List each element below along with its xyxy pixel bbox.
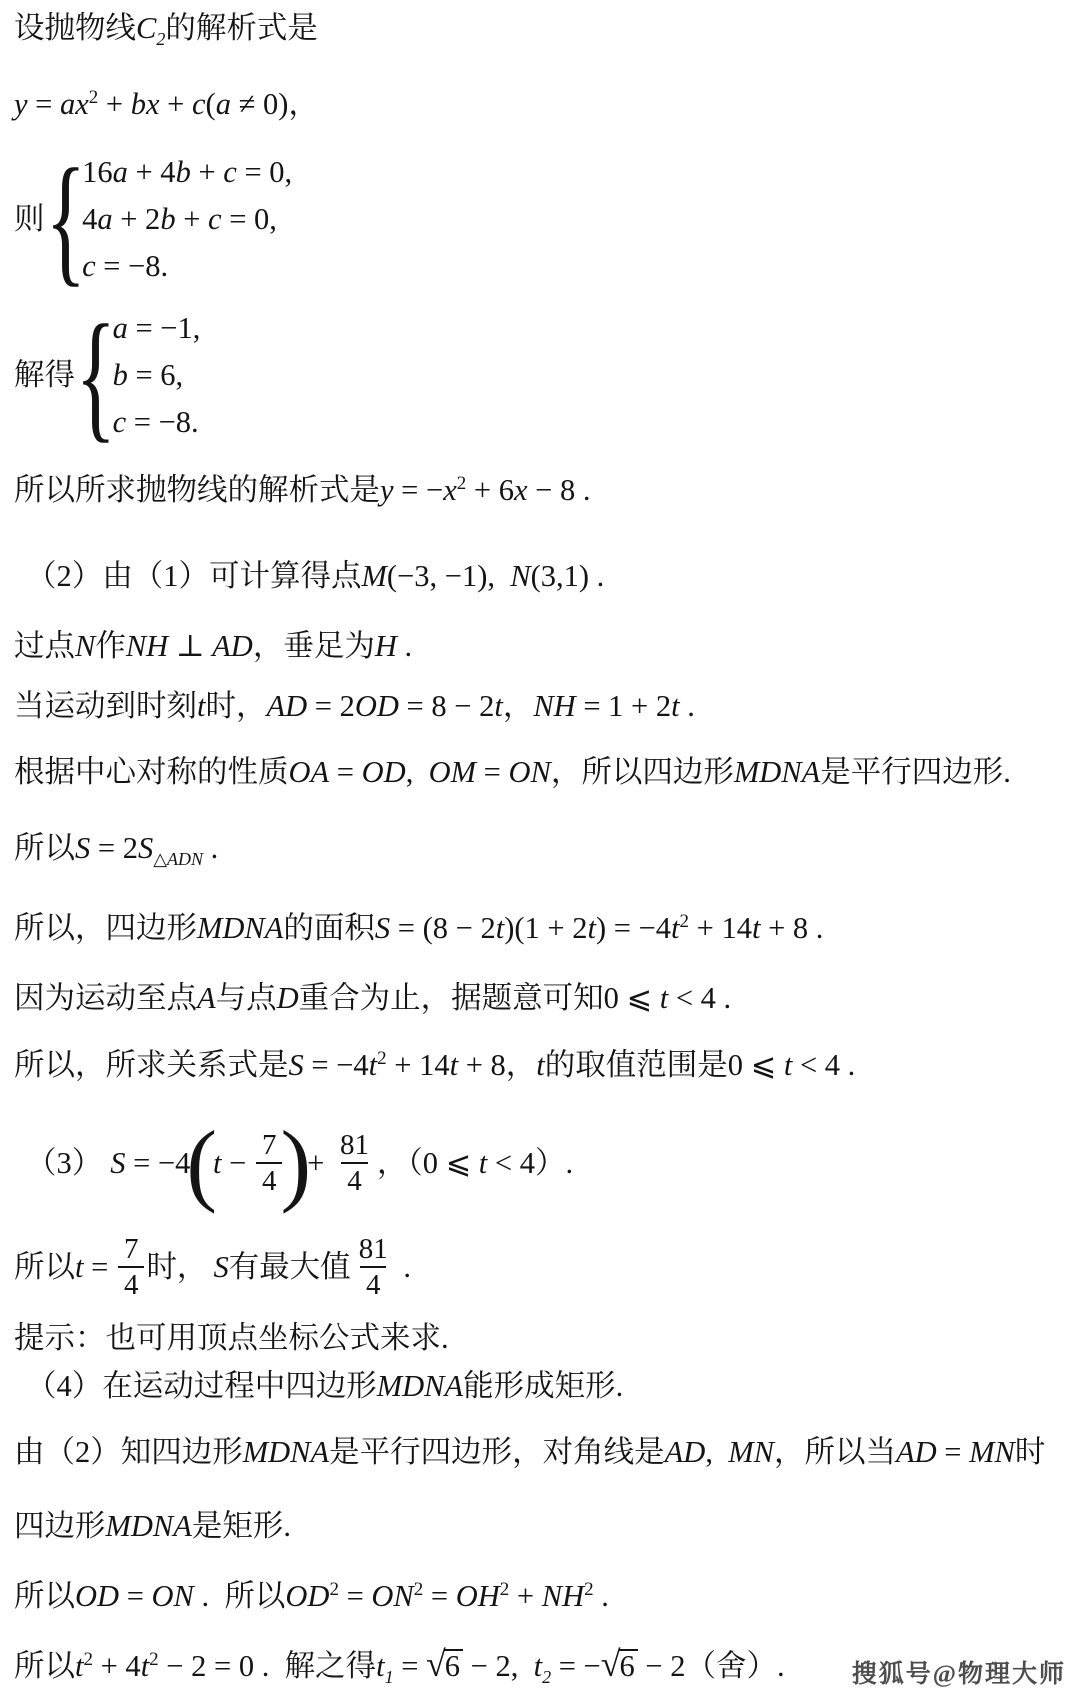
math-variable: NH xyxy=(542,1579,584,1613)
superscript: 2 xyxy=(329,1579,339,1600)
math-text: = −4 xyxy=(126,1145,191,1181)
line-part4-reason: 由（2）知四边形MDNA是平行四边形，对角线是AD, MN，所以当AD = MN… xyxy=(14,1434,1074,1470)
math-text: = xyxy=(329,755,361,789)
chinese-text: 根据中心对称的性质 xyxy=(14,755,289,789)
math-text: = − xyxy=(394,473,444,507)
fraction-denominator: 4 xyxy=(360,1266,387,1301)
chinese-text: 时， xyxy=(205,689,266,723)
math-text: + xyxy=(191,155,223,189)
math-text: . xyxy=(396,1249,411,1285)
math-text: + 4 xyxy=(93,1649,141,1683)
solution-lines: 设抛物线C2的解析式是y = ax2 + bx + c(a ≠ 0)，则{16a… xyxy=(14,10,1074,1684)
math-variable: AD xyxy=(665,1435,706,1469)
math-text: 0 ⩽ xyxy=(423,1145,479,1181)
math-variable: OD xyxy=(285,1579,329,1613)
chinese-text: 因为运动至点 xyxy=(14,981,197,1015)
line-general-equation: y = ax2 + bx + c(a ≠ 0)， xyxy=(14,86,1074,122)
math-text: < 4 . xyxy=(668,981,731,1015)
math-text: = −8. xyxy=(96,249,169,283)
chinese-text: （舍）. xyxy=(685,1649,784,1683)
chinese-text: ， xyxy=(506,1048,537,1082)
chinese-text: 重合为止，据题意可知 xyxy=(299,981,604,1015)
math-variable: bx xyxy=(131,87,160,121)
superscript: 2 xyxy=(149,1649,159,1670)
math-variable: N xyxy=(510,559,530,593)
chinese-text: ）. xyxy=(535,1145,573,1181)
math-text: + 14 xyxy=(387,1048,450,1082)
line-part3-vertex-form: （3）S = −4(t − 74)+ 814，（0 ⩽ t < 4）. xyxy=(14,1123,1074,1203)
math-text: ( xyxy=(206,87,216,121)
math-text: 0 ⩽ xyxy=(728,1048,784,1082)
chinese-text: 所以 xyxy=(14,1579,75,1613)
system-equation: c = −8. xyxy=(113,402,199,442)
math-variable: y xyxy=(380,473,394,507)
math-variable: t xyxy=(369,1048,377,1082)
superscript: 2 xyxy=(83,1649,93,1670)
radicand: 6 xyxy=(444,1649,463,1681)
subscript: 2 xyxy=(156,29,165,49)
math-variable: t xyxy=(213,1145,221,1181)
math-text: + 8 . xyxy=(760,911,823,945)
line-relation-result: 所以，所求关系式是S = −4t2 + 14t + 8，t的取值范围是0 ⩽ t… xyxy=(14,1047,1074,1083)
math-variable: S xyxy=(75,831,90,865)
chinese-text: 过点 xyxy=(14,629,75,663)
chinese-text: 所以，所求关系式是 xyxy=(14,1048,289,1082)
chinese-text: 是平行四边形. xyxy=(820,755,1011,789)
math-variable: t xyxy=(671,689,679,723)
chinese-text: 四边形 xyxy=(14,1509,106,1543)
line-od-on: 所以OD = ON . 所以OD2 = ON2 = OH2 + NH2 . xyxy=(14,1578,1074,1614)
math-text: (3,1) . xyxy=(531,559,605,593)
equation-system: {a = −1,b = 6,c = −8. xyxy=(75,308,200,442)
math-text: + xyxy=(307,1145,332,1181)
math-text: = 0, xyxy=(237,155,292,189)
math-text: = −1, xyxy=(128,311,201,345)
math-text: = xyxy=(339,1579,371,1613)
math-text: ) = −4 xyxy=(596,911,671,945)
math-text: = 6, xyxy=(128,358,183,392)
chinese-text: 时 xyxy=(1015,1435,1046,1469)
system-label: 则 xyxy=(14,201,45,237)
math-variable: t xyxy=(671,911,679,945)
line-time-t: 当运动到时刻t时，AD = 2OD = 8 − 2t，NH = 1 + 2t . xyxy=(14,688,1074,724)
math-variable: a xyxy=(97,202,112,236)
math-variable: MDNA xyxy=(243,1435,329,1469)
math-text: = xyxy=(83,1249,115,1285)
math-text: = 0, xyxy=(222,202,277,236)
chinese-text: 的解析式是 xyxy=(165,11,318,45)
math-variable: OH xyxy=(456,1579,500,1613)
chinese-text: 是矩形. xyxy=(192,1509,291,1543)
fraction-denominator: 4 xyxy=(118,1266,145,1301)
math-variable: OA xyxy=(289,755,330,789)
math-variable: D xyxy=(277,981,299,1015)
math-text: = 8 − 2 xyxy=(399,689,494,723)
superscript: 2 xyxy=(89,87,99,108)
left-brace: { xyxy=(45,172,86,266)
math-variable: MDNA xyxy=(377,1369,463,1403)
math-text: = xyxy=(28,87,60,121)
math-variable: t xyxy=(534,1649,542,1683)
math-variable: t xyxy=(496,911,504,945)
math-variable: C xyxy=(136,11,156,45)
math-variable: OD xyxy=(75,1579,119,1613)
math-variable: AD xyxy=(212,629,253,663)
math-variable: t xyxy=(587,911,595,945)
chinese-text: 所以 xyxy=(14,1249,75,1285)
square-root: √6 xyxy=(601,1648,638,1681)
math-text: . xyxy=(397,629,412,663)
line-rectangle-conclusion: 四边形MDNA是矩形. xyxy=(14,1508,1074,1544)
math-text: = − xyxy=(551,1649,601,1683)
left-brace: { xyxy=(75,328,116,422)
math-text: = xyxy=(394,1649,426,1683)
fraction: 814 xyxy=(353,1233,394,1302)
math-variable: NH xyxy=(126,629,168,663)
math-text: = 1 + 2 xyxy=(576,689,671,723)
superscript: 2 xyxy=(500,1579,510,1600)
math-variable: M xyxy=(362,559,387,593)
fraction-numerator: 81 xyxy=(353,1233,394,1266)
chinese-text: ， xyxy=(288,87,319,121)
line-part4-rectangle: （4）在运动过程中四边形MDNA能形成矩形. xyxy=(14,1368,1074,1404)
chinese-text: ， xyxy=(503,689,534,723)
math-text: − xyxy=(222,1145,254,1181)
math-text: − 2 xyxy=(638,1649,686,1683)
math-text: 0 ⩽ xyxy=(604,981,660,1015)
math-variable: t xyxy=(660,981,668,1015)
math-variable: S xyxy=(138,831,153,865)
superscript: 2 xyxy=(584,1579,594,1600)
math-text: + 2 xyxy=(113,202,161,236)
math-variable: t xyxy=(75,1249,83,1285)
math-variable: AD xyxy=(896,1435,937,1469)
square-root: √6 xyxy=(426,1648,463,1681)
math-text: . xyxy=(594,1579,609,1613)
math-text: = (8 − 2 xyxy=(390,911,496,945)
math-text: + 6 xyxy=(466,473,514,507)
math-variable: c xyxy=(223,155,237,189)
superscript: 2 xyxy=(377,1048,387,1069)
math-variable: c xyxy=(208,202,222,236)
line-equation-system: 则{16a + 4b + c = 0,4a + 2b + c = 0,c = −… xyxy=(14,152,1074,286)
chinese-text: 所以 xyxy=(14,831,75,865)
system-equation: b = 6, xyxy=(113,355,184,395)
math-variable: MN xyxy=(969,1435,1015,1469)
fraction-denominator: 4 xyxy=(341,1162,368,1197)
chinese-text: 与点 xyxy=(216,981,277,1015)
math-variable: y xyxy=(14,87,28,121)
math-variable: t xyxy=(536,1048,544,1082)
math-variable: S xyxy=(110,1145,125,1181)
math-variable: b xyxy=(176,155,191,189)
superscript: 2 xyxy=(680,911,690,932)
math-text: + xyxy=(176,202,208,236)
math-text: . xyxy=(194,1579,225,1613)
chinese-text: ，（ xyxy=(377,1145,423,1181)
chinese-text: 设抛物线 xyxy=(14,11,136,45)
chinese-text: 所以 xyxy=(224,1579,285,1613)
subscript: 2 xyxy=(542,1667,551,1687)
chinese-text: 的面积 xyxy=(283,911,375,945)
system-rows: a = −1,b = 6,c = −8. xyxy=(113,308,201,442)
math-variable: S xyxy=(289,1048,304,1082)
superscript: 2 xyxy=(457,473,467,494)
math-text: < 4 . xyxy=(792,1048,855,1082)
math-text: 16 xyxy=(82,155,113,189)
math-text: − 2, xyxy=(463,1649,534,1683)
fraction: 74 xyxy=(256,1129,283,1198)
chinese-text: （3） xyxy=(26,1145,102,1181)
line-max-value: 所以t = 74时，S有最大值814 . xyxy=(14,1228,1074,1306)
math-variable: H xyxy=(375,629,397,663)
line-area-formula: 所以，四边形MDNA的面积S = (8 − 2t)(1 + 2t) = −4t2… xyxy=(14,910,1074,946)
math-variable: MDNA xyxy=(106,1509,192,1543)
equation-system: {16a + 4b + c = 0,4a + 2b + c = 0,c = −8… xyxy=(45,152,293,286)
line-hint: 提示：也可用顶点坐标公式来求. xyxy=(14,1320,1074,1356)
math-variable: OD xyxy=(362,755,406,789)
math-solution-document: 设抛物线C2的解析式是y = ax2 + bx + c(a ≠ 0)，则{16a… xyxy=(0,0,1080,1696)
line-area-double: 所以S = 2S△ADN . xyxy=(14,830,1074,866)
system-equation: a = −1, xyxy=(113,308,201,348)
math-variable: MDNA xyxy=(197,911,283,945)
chinese-text: 所以，四边形 xyxy=(14,911,197,945)
math-text: )(1 + 2 xyxy=(504,911,587,945)
system-equation: 16a + 4b + c = 0, xyxy=(82,152,292,192)
math-variable: MDNA xyxy=(734,755,820,789)
line-perpendicular: 过点N作NH ⊥ AD，垂足为H . xyxy=(14,628,1074,664)
math-text: ⊥ xyxy=(168,629,212,663)
system-label: 解得 xyxy=(14,357,75,393)
math-variable: x xyxy=(443,473,457,507)
math-variable: b xyxy=(160,202,175,236)
math-text: , xyxy=(705,1435,728,1469)
math-text: (−3, −1), xyxy=(387,559,510,593)
math-variable: AD xyxy=(266,689,307,723)
chinese-text: （2）由（1）可计算得点 xyxy=(26,559,362,593)
fraction-numerator: 7 xyxy=(256,1129,283,1162)
radicand: 6 xyxy=(619,1649,638,1681)
math-variable: N xyxy=(75,629,95,663)
math-text: = xyxy=(423,1579,455,1613)
math-text: = xyxy=(937,1435,969,1469)
math-variable: ON xyxy=(152,1579,194,1613)
math-text: − 2 = 0 . xyxy=(159,1649,285,1683)
chinese-text: 的取值范围是 xyxy=(545,1048,728,1082)
math-variable: ON xyxy=(371,1579,413,1613)
math-text: + 8 xyxy=(458,1048,506,1082)
math-text: + xyxy=(98,87,130,121)
line-central-symmetry: 根据中心对称的性质OA = OD, OM = ON，所以四边形MDNA是平行四边… xyxy=(14,754,1074,790)
fraction-numerator: 81 xyxy=(334,1129,375,1162)
line-part2-points: （2）由（1）可计算得点M(−3, −1), N(3,1) . xyxy=(14,558,1074,594)
chinese-text: 解之得 xyxy=(285,1649,377,1683)
chinese-text: 时， xyxy=(146,1249,207,1285)
math-variable: t xyxy=(450,1048,458,1082)
math-variable: OD xyxy=(355,689,399,723)
fraction: 814 xyxy=(334,1129,375,1198)
math-text: + 4 xyxy=(128,155,176,189)
chinese-text: 能形成矩形. xyxy=(463,1369,623,1403)
chinese-text: 是平行四边形，对角线是 xyxy=(329,1435,665,1469)
math-variable: ON xyxy=(508,755,550,789)
math-variable: a xyxy=(113,155,128,189)
math-variable: a xyxy=(216,87,231,121)
math-text: = xyxy=(119,1579,151,1613)
subscript: 1 xyxy=(385,1667,394,1687)
line-t-range-reason: 因为运动至点A与点D重合为止，据题意可知0 ⩽ t < 4 . xyxy=(14,980,1074,1016)
chinese-text: 由（2）知四边形 xyxy=(14,1435,243,1469)
chinese-text: 所以所求抛物线的解析式是 xyxy=(14,473,380,507)
fraction: 74 xyxy=(118,1233,145,1302)
watermark: 搜狐号@物理大师 xyxy=(852,1654,1066,1690)
fraction-denominator: 4 xyxy=(256,1162,283,1197)
chinese-text: 有最大值 xyxy=(229,1249,351,1285)
math-variable: NH xyxy=(533,689,575,723)
math-variable: A xyxy=(197,981,216,1015)
math-text: − 8 . xyxy=(528,473,591,507)
math-variable: ax xyxy=(60,87,89,121)
line-parabola-result: 所以所求抛物线的解析式是y = −x2 + 6x − 8 . xyxy=(14,472,1074,508)
chinese-text: ，垂足为 xyxy=(253,629,375,663)
chinese-text: 所以 xyxy=(14,1649,75,1683)
line-parabola-setup: 设抛物线C2的解析式是 xyxy=(14,10,1074,46)
math-text: . xyxy=(680,689,695,723)
math-text: + 14 xyxy=(689,911,752,945)
math-text: = 2 xyxy=(307,689,355,723)
math-variable: S xyxy=(213,1249,228,1285)
math-text: = −4 xyxy=(304,1048,369,1082)
chinese-text: （4）在运动过程中四边形 xyxy=(26,1369,377,1403)
math-text: < 4 xyxy=(487,1145,535,1181)
math-variable: t xyxy=(479,1145,487,1181)
chinese-text: ，所以四边形 xyxy=(551,755,734,789)
math-text: ≠ 0) xyxy=(231,87,288,121)
math-text: = −8. xyxy=(126,405,199,439)
chinese-text: 提示：也可用顶点坐标公式来求. xyxy=(14,1321,449,1355)
math-text: = 2 xyxy=(90,831,138,865)
math-variable: t xyxy=(494,689,502,723)
math-text: = xyxy=(476,755,508,789)
math-variable: t xyxy=(141,1649,149,1683)
fraction-numerator: 7 xyxy=(118,1233,145,1266)
subscript: △ADN xyxy=(153,849,203,869)
math-variable: OM xyxy=(429,755,476,789)
math-variable: c xyxy=(192,87,206,121)
chinese-text: 当运动到时刻 xyxy=(14,689,197,723)
chinese-text: 作 xyxy=(95,629,126,663)
math-text: . xyxy=(203,831,218,865)
superscript: 2 xyxy=(414,1579,424,1600)
math-variable: t xyxy=(376,1649,384,1683)
chinese-text: ，所以当 xyxy=(774,1435,896,1469)
math-variable: MN xyxy=(728,1435,774,1469)
math-text: + xyxy=(509,1579,541,1613)
math-variable: S xyxy=(375,911,390,945)
line-system-solution: 解得{a = −1,b = 6,c = −8. xyxy=(14,308,1074,442)
system-rows: 16a + 4b + c = 0,4a + 2b + c = 0,c = −8. xyxy=(82,152,292,286)
math-variable: x xyxy=(514,473,528,507)
math-text: , xyxy=(406,755,429,789)
system-equation: c = −8. xyxy=(82,246,168,286)
math-text: + xyxy=(160,87,192,121)
system-equation: 4a + 2b + c = 0, xyxy=(82,199,277,239)
